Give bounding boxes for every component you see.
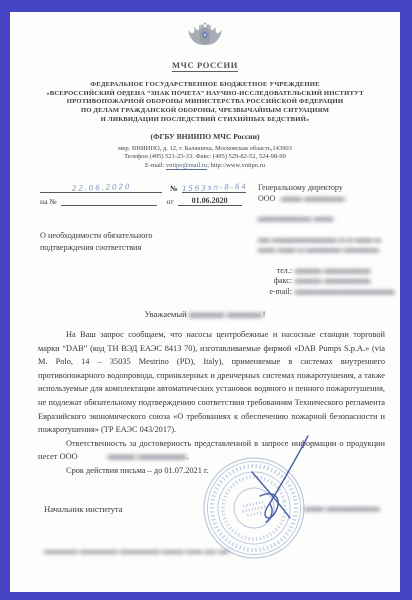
org-name-block: ФЕДЕРАЛЬНОЕ ГОСУДАРСТВЕННОЕ БЮДЖЕТНОЕ УЧ…: [10, 81, 400, 125]
executor-block: ▆▆▆▆▆▆ ▆▆▆▆▆▆▆ ▆▆▆▆▆▆▆ ▆▆▆▆ ▆▆▆ ▆▆ ▆▆: [44, 548, 400, 557]
subject-line: О необходимости обязательного: [40, 230, 240, 242]
org-phone-line: Телефон (495) 521-23-33. Факс: (495) 529…: [10, 153, 400, 162]
redacted-executor-phone: ▆▆▆▆ ▆▆▆ ▆▆ ▆▆: [161, 549, 229, 555]
redacted-recipient-address: ▆▆ ▆▆▆▆▆▆▆▆▆▆▆ ▆ ▆ ▆▆▆ ▆: [258, 236, 381, 244]
incoming-ref-line: на № от 01.06.2020: [40, 196, 258, 206]
subject-block: О необходимости обязательного подтвержде…: [40, 230, 240, 253]
greeting-line: Уважаемый ▆▆▆▆▆ ▆▆▆▆▆!: [10, 309, 400, 320]
scanned-letter-page: { "page": { "frame_color": "#4444c4" }, …: [0, 0, 412, 600]
org-email-line: E-mail: vniipo@mail.ru; http://www.vniip…: [10, 162, 400, 171]
body-paragraph-2: Ответственность за достоверность предста…: [38, 437, 385, 464]
redacted-fax-value: ▆▆▆▆ ▆▆▆▆▆▆▆: [295, 277, 371, 285]
no-label: №: [170, 184, 178, 193]
org-email-link: vniipo@mail.ru: [166, 162, 207, 170]
company-prefix: ООО: [258, 194, 275, 203]
outgoing-ref-line: 22.06.2020 № 1563эп-8-64: [40, 183, 258, 193]
recipient-block: Генеральному директору ООО «▆▆▆ ▆▆▆▆▆▆» …: [258, 183, 394, 297]
org-line: И ЛИКВИДАЦИИ ПОСЛЕДСТВИЙ СТИХИЙНЫХ БЕДСТ…: [10, 116, 400, 125]
incoming-no-field: [61, 196, 157, 206]
redacted-tel-value: ▆▆▆▆ ▆▆▆▆▆▆▆: [295, 267, 371, 275]
redacted-recipient-person: ▆▆▆▆▆▆▆▆ ▆▆▆: [258, 215, 334, 223]
redacted-signatory-name: ▆▆▆ ▆▆▆▆▆▆▆▆: [304, 505, 380, 512]
mchs-eagle-emblem-icon: [186, 22, 224, 54]
signatory-title: Начальник института: [44, 504, 123, 514]
org-address-line: мкр. ВНИИПО, д. 12, г. Балашиха, Московс…: [10, 145, 400, 154]
body-paragraph-3: Срок действия письма – до 01.07.2021 г.: [38, 464, 385, 478]
separator: ;: [207, 162, 209, 169]
fax-label: факс:: [258, 276, 292, 287]
incoming-date: 01.06.2020: [178, 196, 242, 206]
letter-sheet: МЧС РОССИИ ФЕДЕРАЛЬНОЕ ГОСУДАРСТВЕННОЕ Б…: [10, 12, 400, 592]
reference-block: 22.06.2020 № 1563эп-8-64 на № от 01.06.2…: [40, 183, 258, 297]
email-label: e-mail:: [258, 287, 292, 298]
org-address-block: мкр. ВНИИПО, д. 12, г. Балашиха, Московс…: [10, 145, 400, 171]
recipient-tel-line: тел.: ▆▆▆▆ ▆▆▆▆▆▆▆: [258, 266, 394, 277]
agency-title: МЧС РОССИИ: [10, 60, 400, 70]
signature-row: Начальник института ▆▆▆ ▆▆▆▆▆▆▆▆: [44, 504, 380, 514]
org-short-name: (ФГБУ ВНИИПО МЧС России): [10, 132, 400, 141]
body-paragraph-1: На Ваш запрос сообщаем, что насосы центр…: [38, 328, 385, 437]
na-no-label: на №: [40, 197, 57, 206]
recipient-fax-line: факс: ▆▆▆▆ ▆▆▆▆▆▆▆: [258, 276, 394, 287]
org-line: ПО ДЕЛАМ ГРАЖДАНСКОЙ ОБОРОНЫ, ЧРЕЗВЫЧАЙН…: [10, 107, 400, 116]
greeting-suffix: !: [263, 309, 266, 319]
org-website: http://www.vniipo.ru: [211, 162, 265, 169]
subject-line: подтверждения соответствия: [40, 242, 240, 254]
redacted-company-name: «▆▆▆ ▆▆▆▆▆▆»: [277, 195, 348, 203]
tel-label: тел.:: [258, 266, 292, 277]
org-line: ФЕДЕРАЛЬНОЕ ГОСУДАРСТВЕННОЕ БЮДЖЕТНОЕ УЧ…: [10, 81, 400, 90]
redacted-executor-name: ▆▆▆▆▆▆ ▆▆▆▆▆▆▆ ▆▆▆▆▆▆▆: [44, 549, 160, 555]
letter-body: На Ваш запрос сообщаем, что насосы центр…: [38, 328, 385, 478]
outgoing-date-field: 22.06.2020: [40, 183, 162, 193]
greeting-prefix: Уважаемый: [144, 309, 186, 319]
org-line: ПРОТИВОПОЖАРНОЙ ОБОРОНЫ МИНИСТЕРСТВА РОС…: [10, 98, 400, 107]
recipient-position: Генеральному директору: [258, 183, 394, 194]
handwritten-outgoing-no: 1563эп-8-64: [181, 182, 248, 193]
redacted-greeting-name: ▆▆▆▆▆ ▆▆▆▆▆: [189, 310, 263, 318]
redacted-email-value: ▆▆▆▆▆▆▆▆▆▆▆▆▆▆▆: [295, 288, 395, 296]
emblem-block: МЧС РОССИИ: [10, 22, 400, 70]
redacted-recipient-address: ▆▆▆ ▆▆▆ ▆ ▆▆▆▆▆▆ ▆▆▆▆▆▆: [258, 246, 379, 254]
recipient-company: ООО «▆▆▆ ▆▆▆▆▆▆»: [258, 194, 394, 205]
recipient-email-line: e-mail: ▆▆▆▆▆▆▆▆▆▆▆▆▆▆▆: [258, 287, 394, 298]
handwritten-outgoing-date: 22.06.2020: [71, 182, 132, 193]
redacted-company-in-body: ▆▆▆▆ ▆▆▆▆▆▆▆: [80, 452, 187, 462]
ot-label: от: [167, 197, 174, 206]
reference-and-recipient-row: 22.06.2020 № 1563эп-8-64 на № от 01.06.2…: [40, 183, 386, 297]
email-label: E-mail:: [145, 162, 165, 169]
outgoing-no-field: 1563эп-8-64: [182, 183, 246, 193]
